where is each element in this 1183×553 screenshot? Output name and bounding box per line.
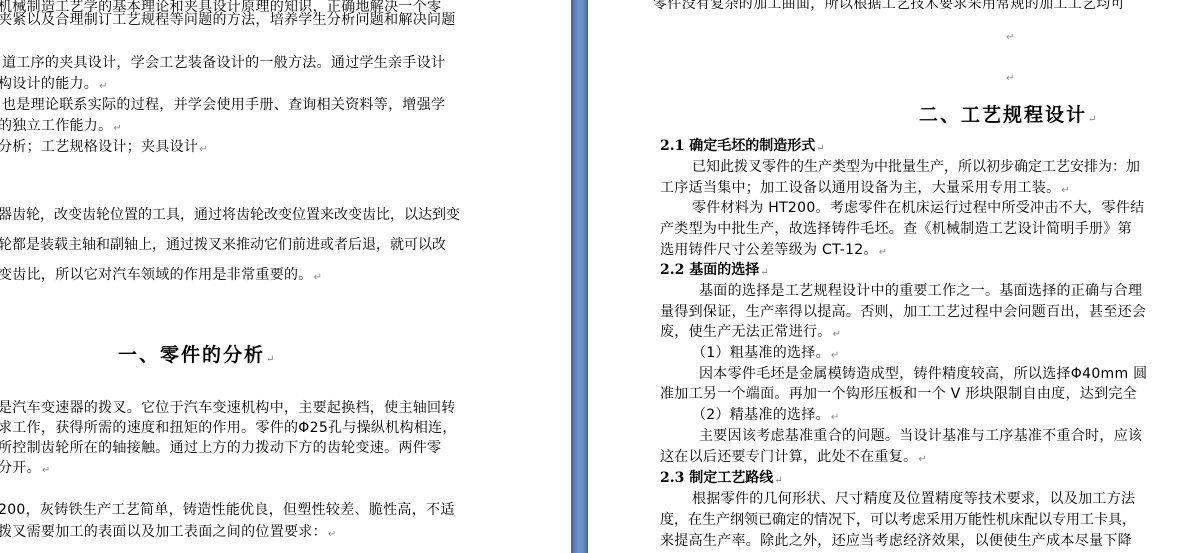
empty-paragraph: ↵	[1005, 66, 1015, 89]
text-line: 零件材料为 HT200。考虑零件在机床运行过程中所受冲击不大，零件结	[692, 198, 1144, 218]
text-line: 因本零件毛坯是金属模铸造成型，铸件精度较高，所以选择Φ40mm 圆	[699, 364, 1147, 384]
text-line: 道工序的夹具设计，学会工艺装备设计的一般方法。通过学生亲手设计	[2, 53, 445, 73]
text-line: 基面的选择是工艺规程设计中的重要工作之一。基面选择的正确与合理	[699, 281, 1142, 301]
text-line: （1）粗基准的选择。↵	[692, 343, 840, 366]
text-line: 是汽车变速器的拨叉。它位于汽车变速机构中，主要起换档，使主轴回转	[0, 398, 456, 418]
text-line: 根据零件的几何形状、尺寸精度及位置精度等技术要求，以及加工方法	[692, 489, 1135, 509]
text-line: 200，灰铸铁生产工艺简单，铸造性能优良，但塑性较差、脆性高，不适	[0, 500, 455, 520]
paragraph-mark-icon: ↵	[760, 267, 768, 278]
text-line: 构设计的能力。↵	[0, 74, 108, 97]
subsection-title: 2.3 制定工艺路线↵	[660, 468, 783, 491]
text-line: 来提高生产率。除此之外，还应当考虑经济效果，以便使生产成本尽量下降	[660, 531, 1132, 551]
text-line: 分开。↵	[0, 458, 51, 481]
text-line: 器齿轮，改变齿轮位置的工具，通过将齿轮改变位置来改变齿比，以达到变	[0, 205, 460, 225]
subsection-title: 2.2 基面的选择↵	[660, 260, 769, 283]
text-line: 也是理论联系实际的过程，并学会使用手册、查询相关资料等，增强学	[2, 95, 445, 115]
paragraph-mark-icon: ↵	[199, 144, 208, 155]
text-line: 的独立工作能力。↵	[0, 116, 122, 139]
text-line: 零件没有复杂的加工曲面，所以根据工艺技术要求采用常规的加工工艺均可	[653, 0, 1125, 14]
text-line: 求工作，获得所需的速度和扭矩的作用。零件的Φ25孔与操纵机构相连，	[0, 418, 457, 438]
paragraph-mark-icon: ↵	[266, 354, 276, 365]
paragraph-mark-icon: ↵	[99, 81, 108, 92]
paragraph-mark-icon: ↵	[1006, 32, 1015, 43]
text-line: 主要因该考虑基准重合的问题。当设计基准与工序基准不重合时，应该	[699, 426, 1142, 446]
paragraph-mark-icon: ↵	[831, 412, 840, 423]
paragraph-mark-icon: ↵	[314, 272, 323, 283]
text-line: 分析；工艺规格设计；夹具设计↵	[0, 137, 208, 160]
text-line: 准加工另一个端面。再加一个钩形压板和一个 V 形块限制自由度，达到完全	[660, 384, 1137, 404]
text-line: 夹紧以及合理制订工艺规程等问题的方法，培养学生分析问题和解决问题	[0, 10, 456, 30]
text-line: （2）精基准的选择。↵	[692, 405, 840, 428]
paragraph-mark-icon: ↵	[833, 329, 842, 340]
text-line: 废，使生产无法正常进行。↵	[660, 322, 841, 345]
paragraph-mark-icon: ↵	[113, 123, 122, 134]
paragraph-mark-icon: ↵	[1006, 73, 1015, 84]
paragraph-mark-icon: ↵	[879, 247, 888, 258]
text-line: 已知此拨叉零件的生产类型为中批量生产，所以初步确定工艺安排为：加	[692, 157, 1140, 177]
page-gap-divider	[571, 0, 588, 553]
text-line: 拨叉需要加工的表面以及加工表面之间的位置要求：↵	[0, 522, 337, 545]
text-line: 轮都是装载主轴和副轴上，通过拨叉来推动它们前进或者后退，就可以改	[0, 235, 446, 255]
text-line: 度，在生产纲领已确定的情况下，可以考虑采用万能性机床配以专用工卡具，	[660, 510, 1136, 530]
paragraph-mark-icon: ↵	[328, 529, 337, 540]
subsection-title: 2.1 确定毛坯的制造形式↵	[660, 136, 825, 159]
document-page-right[interactable]: 零件没有复杂的加工曲面，所以根据工艺技术要求采用常规的加工工艺均可 ↵ ↵ 二、…	[588, 0, 1183, 553]
section-heading: 二、工艺规程设计↵	[919, 102, 1098, 133]
paragraph-mark-icon: ↵	[1088, 114, 1098, 125]
paragraph-mark-icon: ↵	[42, 465, 51, 476]
text-line: 量得到保证，生产率得以提高。否则，加工工艺过程中会问题百出，甚至还会	[660, 302, 1146, 322]
empty-paragraph: ↵	[1005, 25, 1015, 48]
text-line: 产类型为中批生产，故选择铸件毛坯。查《机械制造工艺设计简明手册》第	[660, 219, 1132, 239]
paragraph-mark-icon: ↵	[816, 143, 824, 154]
text-line: 这在以后还要专门计算，此处不在重复。↵	[660, 447, 927, 470]
document-page-left[interactable]: 机械制造工艺学的基本理论和夹具设计原理的知识，正确地解决一个零 夹紧以及合理制订…	[0, 0, 571, 553]
section-heading: 一、零件的分析↵	[118, 342, 276, 373]
text-line: 所控制齿轮所在的轴接触。通过上方的力拨动下方的齿轮变速。两件零	[0, 438, 441, 458]
paragraph-mark-icon: ↵	[918, 454, 927, 465]
text-line: 变齿比，所以它对汽车领域的作用是非常重要的。↵	[0, 265, 322, 288]
paragraph-mark-icon: ↵	[774, 475, 782, 486]
paragraph-mark-icon: ↵	[1061, 185, 1070, 196]
paragraph-mark-icon: ↵	[831, 350, 840, 361]
